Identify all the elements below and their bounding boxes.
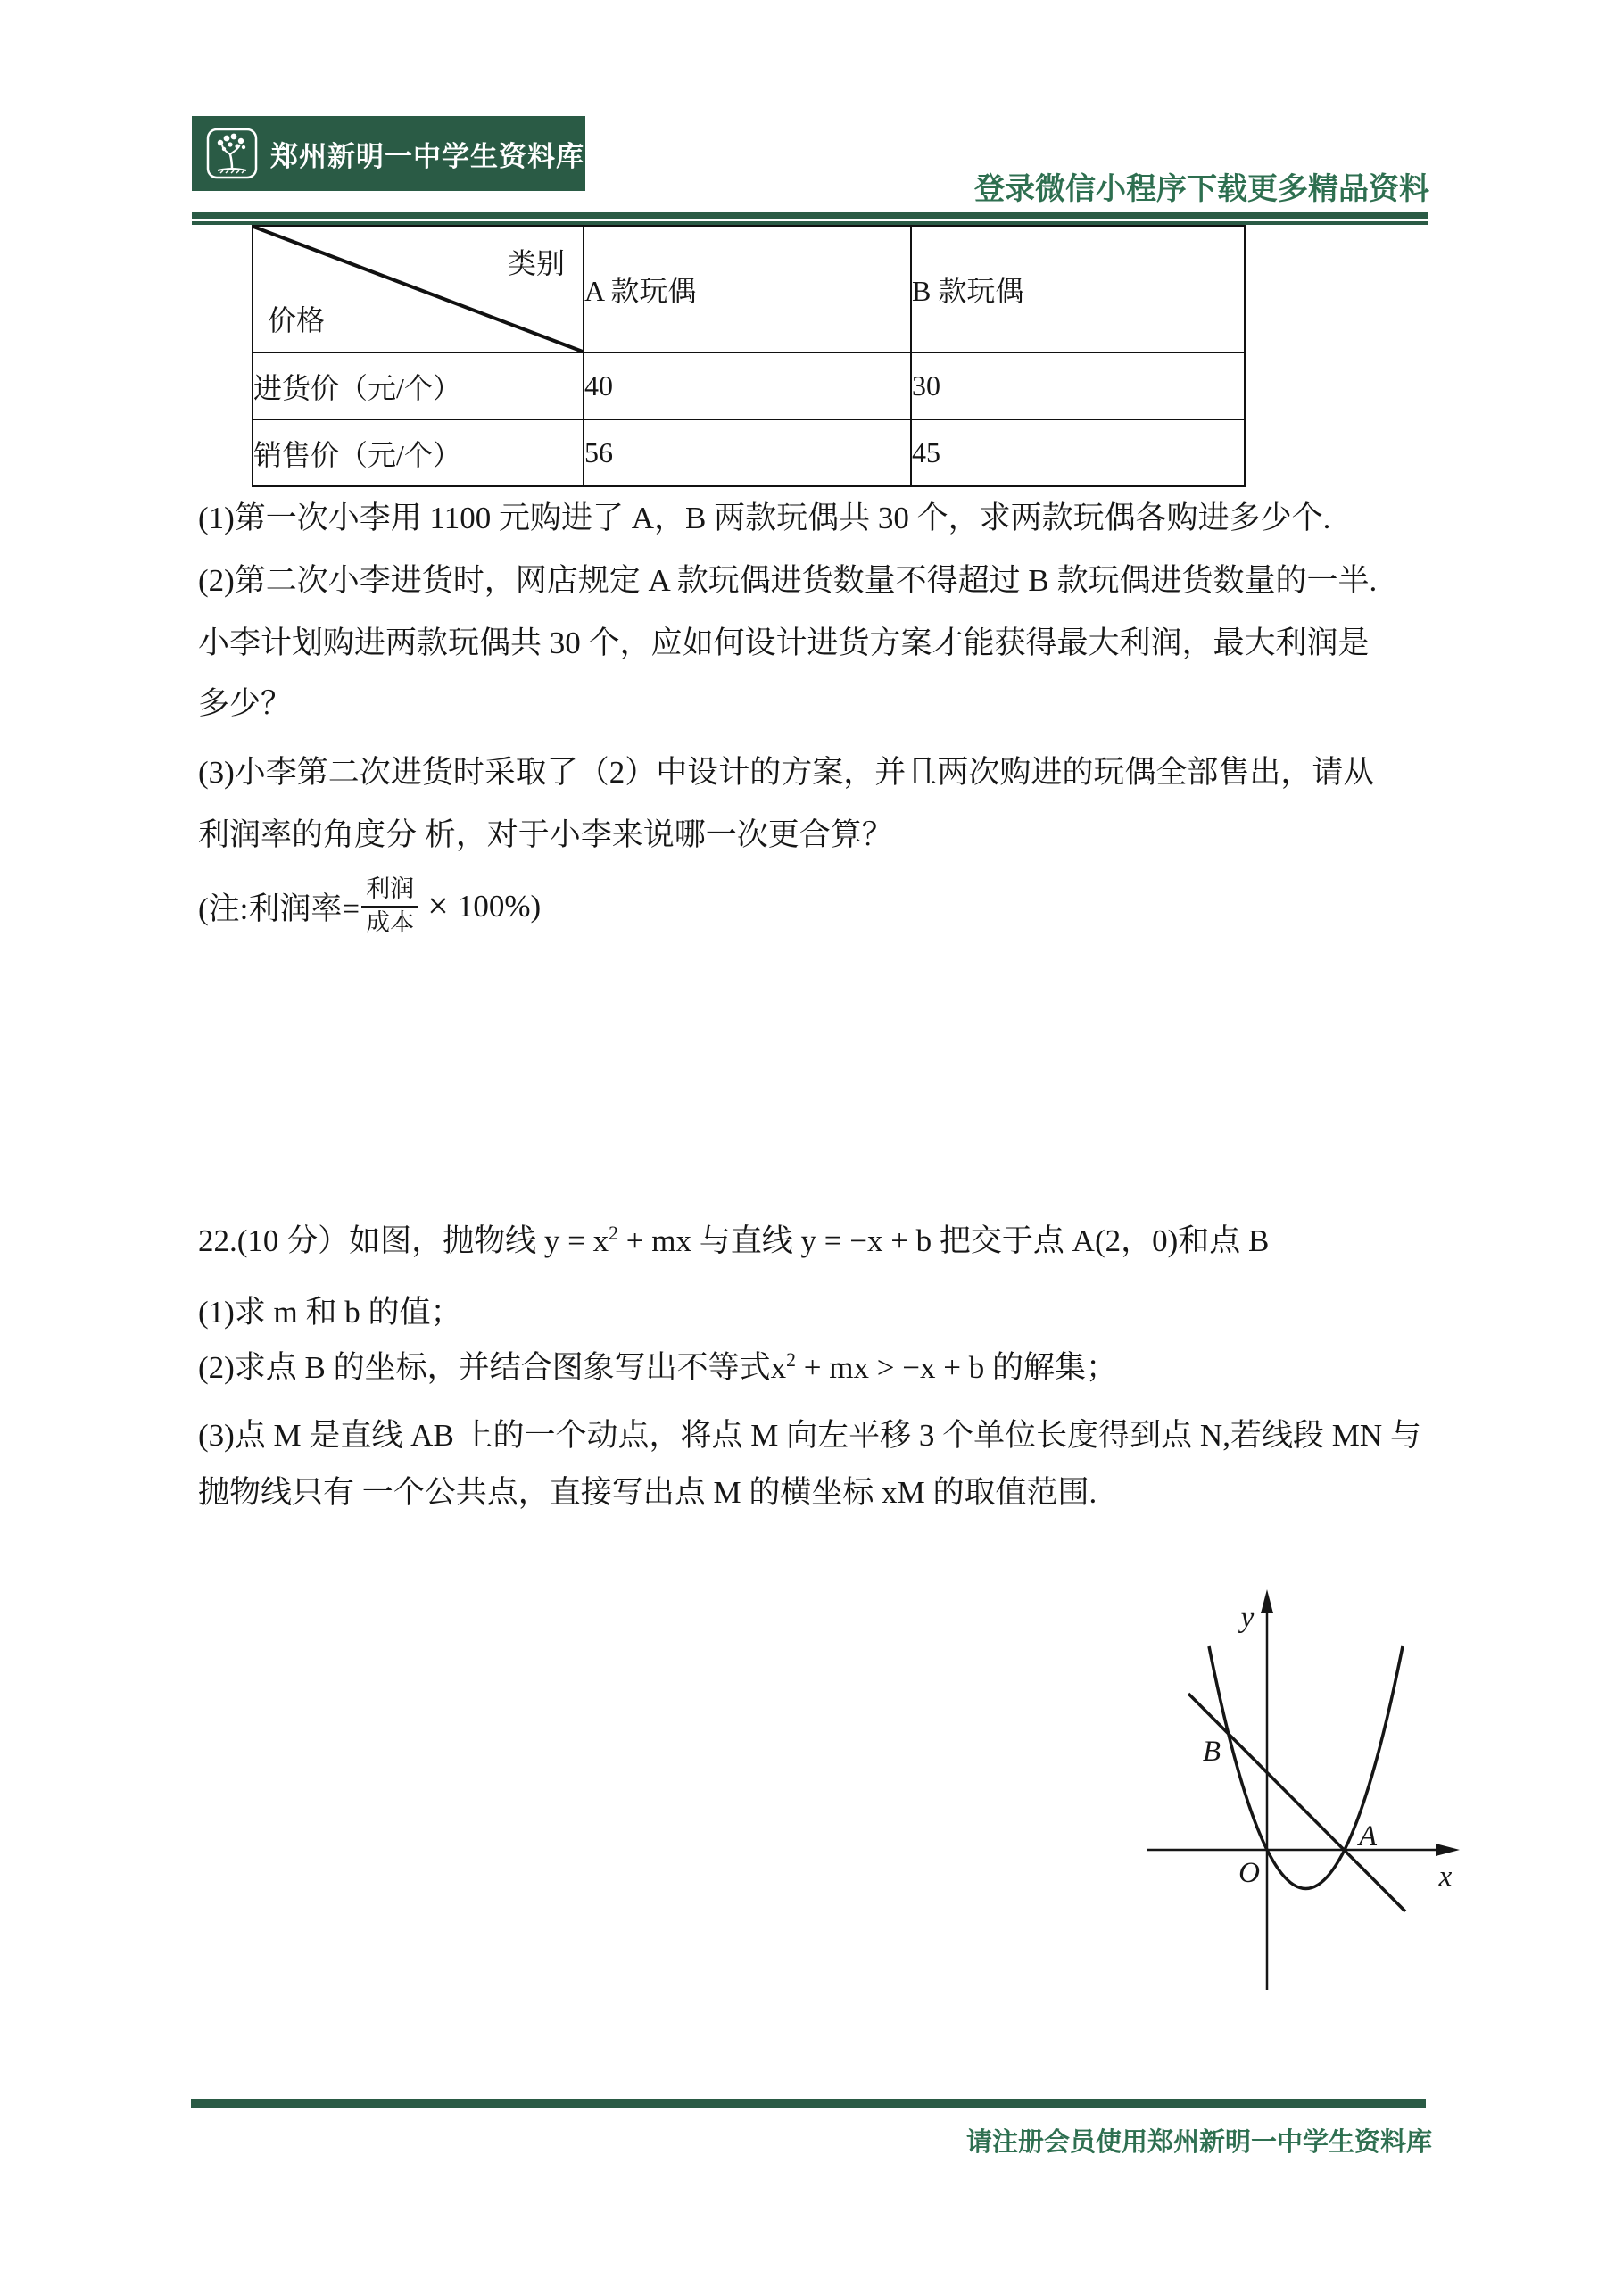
wechat-tagline: 登录微信小程序下载更多精品资料 xyxy=(974,164,1429,208)
fraction-numerator: 利润 xyxy=(361,874,418,908)
cell-b-sale: 45 xyxy=(911,419,1245,486)
q22-part1: (1)求 m 和 b 的值； xyxy=(198,1294,462,1331)
table-header-row: 类别 价格 A 款玩偶 B 款玩偶 xyxy=(253,226,1245,352)
cell-a-purchase: 40 xyxy=(584,352,911,419)
brand-banner: 郑州新明一中学生资料库 xyxy=(192,116,585,191)
table-row-purchase-price: 进货价（元/个） 40 30 xyxy=(253,352,1245,419)
q21-part2-line2: 小李计划购进两款玩偶共 30 个，应如何设计进货方案才能获得最大利润，最大利润是 xyxy=(198,625,1370,662)
q22-stem-post: + mx 与直线 y = −x + b 把交于点 A(2，0)和点 B xyxy=(618,1223,1269,1258)
multiplication-sign: × xyxy=(427,885,449,928)
school-logo-tree-icon xyxy=(206,128,258,179)
x-axis-label: x xyxy=(1438,1861,1453,1893)
document-page: 郑州新明一中学生资料库 登录微信小程序下载更多精品资料 类别 价格 A 款玩偶 … xyxy=(0,0,1623,2296)
corner-label-price: 价格 xyxy=(268,298,325,339)
corner-label-category: 类别 xyxy=(508,241,565,282)
q21-part2-line3: 多少？ xyxy=(198,685,292,723)
origin-label: O xyxy=(1238,1857,1260,1889)
q21-part3-line2: 利润率的角度分 析，对于小李来说哪一次更合算？ xyxy=(198,816,893,854)
footer-note: 请注册会员使用郑州新明一中学生资料库 xyxy=(966,2122,1432,2159)
q22-part2-exponent: 2 xyxy=(786,1349,796,1371)
price-table: 类别 价格 A 款玩偶 B 款玩偶 进货价（元/个） 40 30 销售价（元/个… xyxy=(252,225,1246,487)
parabola-line-figure: y x B A O xyxy=(1133,1584,1463,2003)
profit-rate-note: (注:利润率= 利润 成本 × 100%) xyxy=(198,874,541,939)
q21-part2-line1: (2)第二次小李进货时，网店规定 A 款玩偶进货数量不得超过 B 款玩偶进货数量… xyxy=(198,562,1377,600)
point-b-label: B xyxy=(1203,1736,1221,1768)
row-label: 销售价（元/个） xyxy=(253,419,584,486)
note-suffix: 100%) xyxy=(458,889,541,924)
y-axis-arrow-icon xyxy=(1261,1589,1273,1613)
brand-title: 郑州新明一中学生资料库 xyxy=(270,116,584,191)
x-axis-arrow-icon xyxy=(1436,1844,1460,1856)
row-label: 进货价（元/个） xyxy=(253,352,584,419)
profit-fraction: 利润 成本 xyxy=(361,874,418,939)
cell-b-purchase: 30 xyxy=(911,352,1245,419)
q22-part2-post: + mx > −x + b 的解集； xyxy=(796,1350,1117,1385)
footer-rule xyxy=(191,2099,1426,2108)
q22-stem-exponent: 2 xyxy=(609,1223,618,1244)
q22-part3-line1: (3)点 M 是直线 AB 上的一个动点，将点 M 向左平移 3 个单位长度得到… xyxy=(198,1417,1421,1455)
cell-a-sale: 56 xyxy=(584,419,911,486)
q22-stem: 22.(10 分）如图，抛物线 y = x2 + mx 与直线 y = −x +… xyxy=(198,1223,1269,1260)
q22-part3-line2: 抛物线只有 一个公共点，直接写出点 M 的横坐标 xM 的取值范围. xyxy=(198,1474,1097,1512)
table-row-sale-price: 销售价（元/个） 56 45 xyxy=(253,419,1245,486)
column-header-a: A 款玩偶 xyxy=(584,226,911,352)
note-prefix: (注:利润率= xyxy=(198,884,360,929)
q22-part2-pre: (2)求点 B 的坐标，并结合图象写出不等式x xyxy=(198,1350,786,1385)
q21-part1: (1)第一次小李用 1100 元购进了 A，B 两款玩偶共 30 个，求两款玩偶… xyxy=(198,500,1330,537)
table-corner-cell: 类别 价格 xyxy=(253,226,584,352)
point-a-label: A xyxy=(1357,1820,1378,1853)
q22-stem-pre: 22.(10 分）如图，抛物线 y = x xyxy=(198,1223,609,1258)
y-axis-label: y xyxy=(1238,1602,1255,1634)
header-rule-thick xyxy=(192,212,1428,219)
column-header-b: B 款玩偶 xyxy=(911,226,1245,352)
q22-part2: (2)求点 B 的坐标，并结合图象写出不等式x2 + mx > −x + b 的… xyxy=(198,1349,1117,1387)
line-ab xyxy=(1188,1694,1405,1911)
q21-part3-line1: (3)小李第二次进货时采取了（2）中设计的方案，并且两次购进的玩偶全部售出，请从 xyxy=(198,754,1374,792)
fraction-denominator: 成本 xyxy=(361,908,418,939)
